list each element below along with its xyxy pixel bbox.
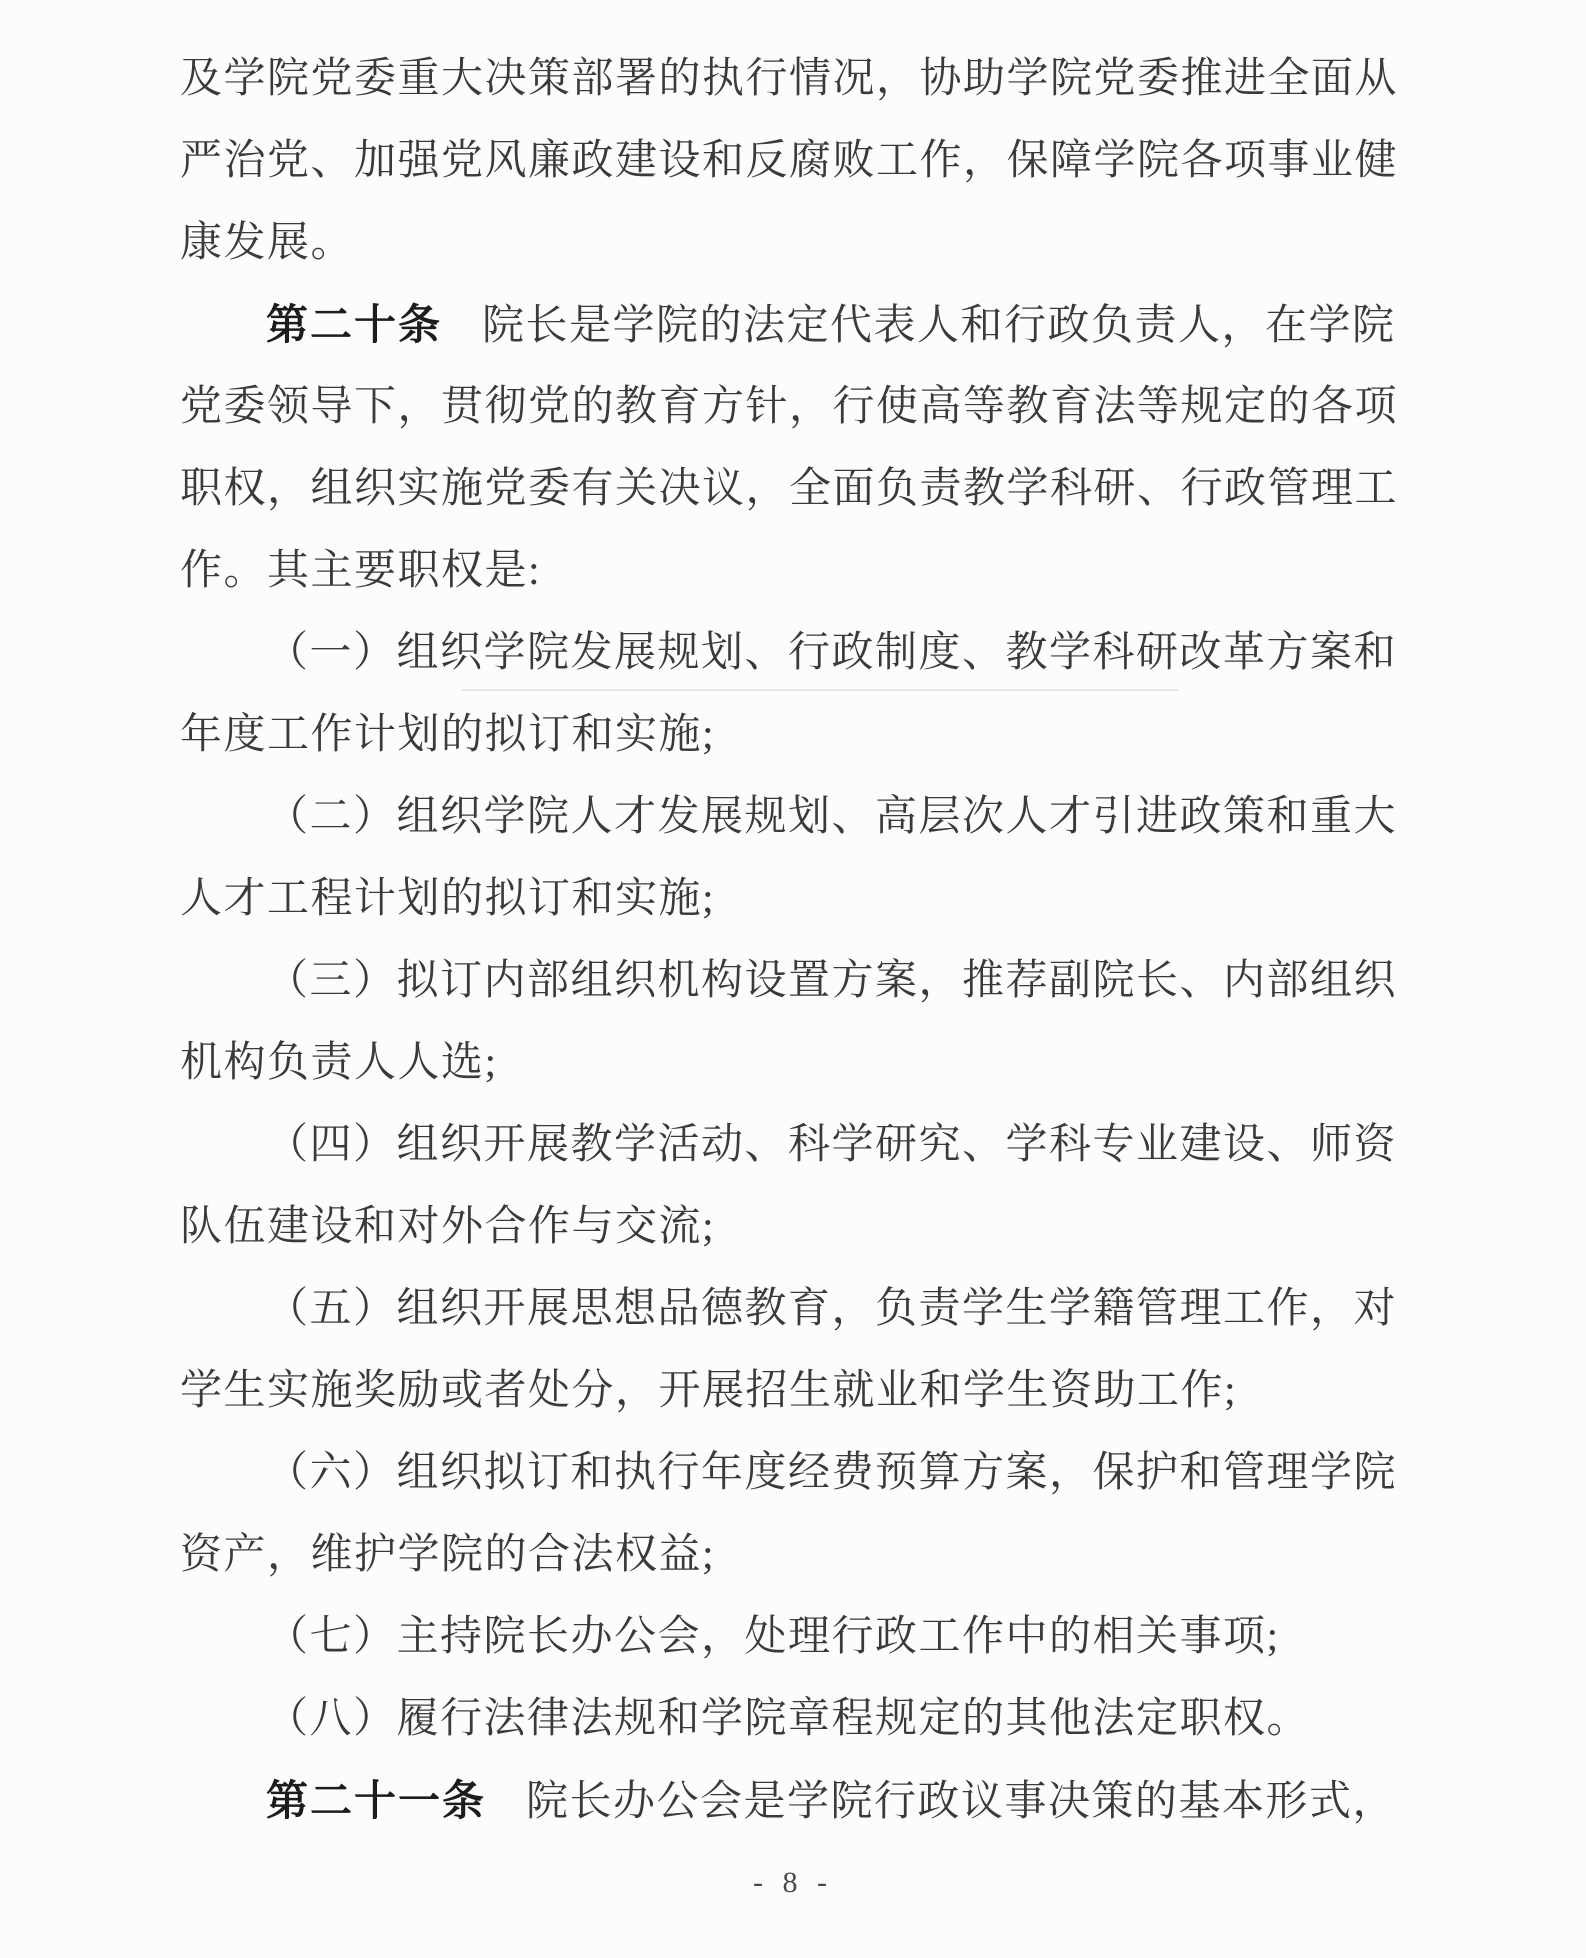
line-text: 康发展。 — [180, 220, 354, 266]
line-text: 人才工程计划的拟订和实施; — [180, 876, 715, 922]
text-line: 严治党、加强党风廉政建设和反腐败工作，保障学院各项事业健 — [180, 120, 1396, 202]
line-text: （二）组织学院人才发展规划、高层次人才引进政策和重大 — [266, 794, 1397, 840]
line-text: 院长办公会是学院行政议事决策的基本形式， — [526, 1779, 1396, 1825]
text-line: （三）拟订内部组织机构设置方案，推荐副院长、内部组织 — [180, 940, 1396, 1022]
line-text: （五）组织开展思想品德教育，负责学生学籍管理工作，对 — [266, 1286, 1397, 1332]
text-line: 作。其主要职权是: — [180, 530, 1396, 612]
text-line: （二）组织学院人才发展规划、高层次人才引进政策和重大 — [180, 776, 1396, 858]
text-line: 党委领导下，贯彻党的教育方针，行使高等教育法等规定的各项 — [180, 366, 1396, 448]
text-line: （四）组织开展教学活动、科学研究、学科专业建设、师资 — [180, 1104, 1396, 1186]
text-line: 学生实施奖励或者处分，开展招生就业和学生资助工作; — [180, 1350, 1396, 1432]
text-line: 年度工作计划的拟订和实施; — [180, 694, 1396, 776]
line-text: （一）组织学院发展规划、行政制度、教学科研改革方案和 — [266, 630, 1397, 676]
line-text: 严治党、加强党风廉政建设和反腐败工作，保障学院各项事业健 — [180, 138, 1398, 184]
line-text: 院长是学院的法定代表人和行政负责人，在学院 — [482, 303, 1396, 349]
line-text: 学生实施奖励或者处分，开展招生就业和学生资助工作; — [180, 1368, 1237, 1414]
scan-artifact-line — [462, 689, 1178, 691]
line-text: （七）主持院长办公会，处理行政工作中的相关事项; — [266, 1614, 1280, 1660]
line-text: 作。其主要职权是: — [180, 548, 541, 594]
line-text: （八）履行法律法规和学院章程规定的其他法定职权。 — [266, 1696, 1310, 1742]
text-line: 第二十条院长是学院的法定代表人和行政负责人，在学院 — [180, 284, 1396, 366]
line-text: （六）组织拟订和执行年度经费预算方案，保护和管理学院 — [266, 1450, 1397, 1496]
line-text: 及学院党委重大决策部署的执行情况，协助学院党委推进全面从 — [180, 56, 1398, 102]
text-line: 第二十一条院长办公会是学院行政议事决策的基本形式， — [180, 1760, 1396, 1842]
article-number: 第二十一条 — [266, 1777, 486, 1824]
line-text: （三）拟订内部组织机构设置方案，推荐副院长、内部组织 — [266, 958, 1397, 1004]
text-line: 资产，维护学院的合法权益; — [180, 1514, 1396, 1596]
text-line: （六）组织拟订和执行年度经费预算方案，保护和管理学院 — [180, 1432, 1396, 1514]
line-text: 年度工作计划的拟订和实施; — [180, 712, 715, 758]
text-line: （七）主持院长办公会，处理行政工作中的相关事项; — [180, 1596, 1396, 1678]
line-text: 机构负责人人选; — [180, 1040, 498, 1086]
text-line: （八）履行法律法规和学院章程规定的其他法定职权。 — [180, 1678, 1396, 1760]
text-line: 及学院党委重大决策部署的执行情况，协助学院党委推进全面从 — [180, 38, 1396, 120]
article-number: 第二十条 — [266, 301, 442, 348]
text-line: 康发展。 — [180, 202, 1396, 284]
text-line: 队伍建设和对外合作与交流; — [180, 1186, 1396, 1268]
text-line: 职权，组织实施党委有关决议，全面负责教学科研、行政管理工 — [180, 448, 1396, 530]
line-text: 职权，组织实施党委有关决议，全面负责教学科研、行政管理工 — [180, 466, 1398, 512]
text-line: （五）组织开展思想品德教育，负责学生学籍管理工作，对 — [180, 1268, 1396, 1350]
text-line: 机构负责人人选; — [180, 1022, 1396, 1104]
text-line: 人才工程计划的拟订和实施; — [180, 858, 1396, 940]
text-line: （一）组织学院发展规划、行政制度、教学科研改革方案和 — [180, 612, 1396, 694]
document-body: 及学院党委重大决策部署的执行情况，协助学院党委推进全面从严治党、加强党风廉政建设… — [180, 38, 1396, 1842]
page-number: - 8 - — [0, 1866, 1586, 1900]
line-text: 党委领导下，贯彻党的教育方针，行使高等教育法等规定的各项 — [180, 384, 1398, 430]
document-page: 及学院党委重大决策部署的执行情况，协助学院党委推进全面从严治党、加强党风廉政建设… — [0, 0, 1586, 1958]
line-text: 资产，维护学院的合法权益; — [180, 1532, 715, 1578]
line-text: （四）组织开展教学活动、科学研究、学科专业建设、师资 — [266, 1122, 1397, 1168]
line-text: 队伍建设和对外合作与交流; — [180, 1204, 715, 1250]
